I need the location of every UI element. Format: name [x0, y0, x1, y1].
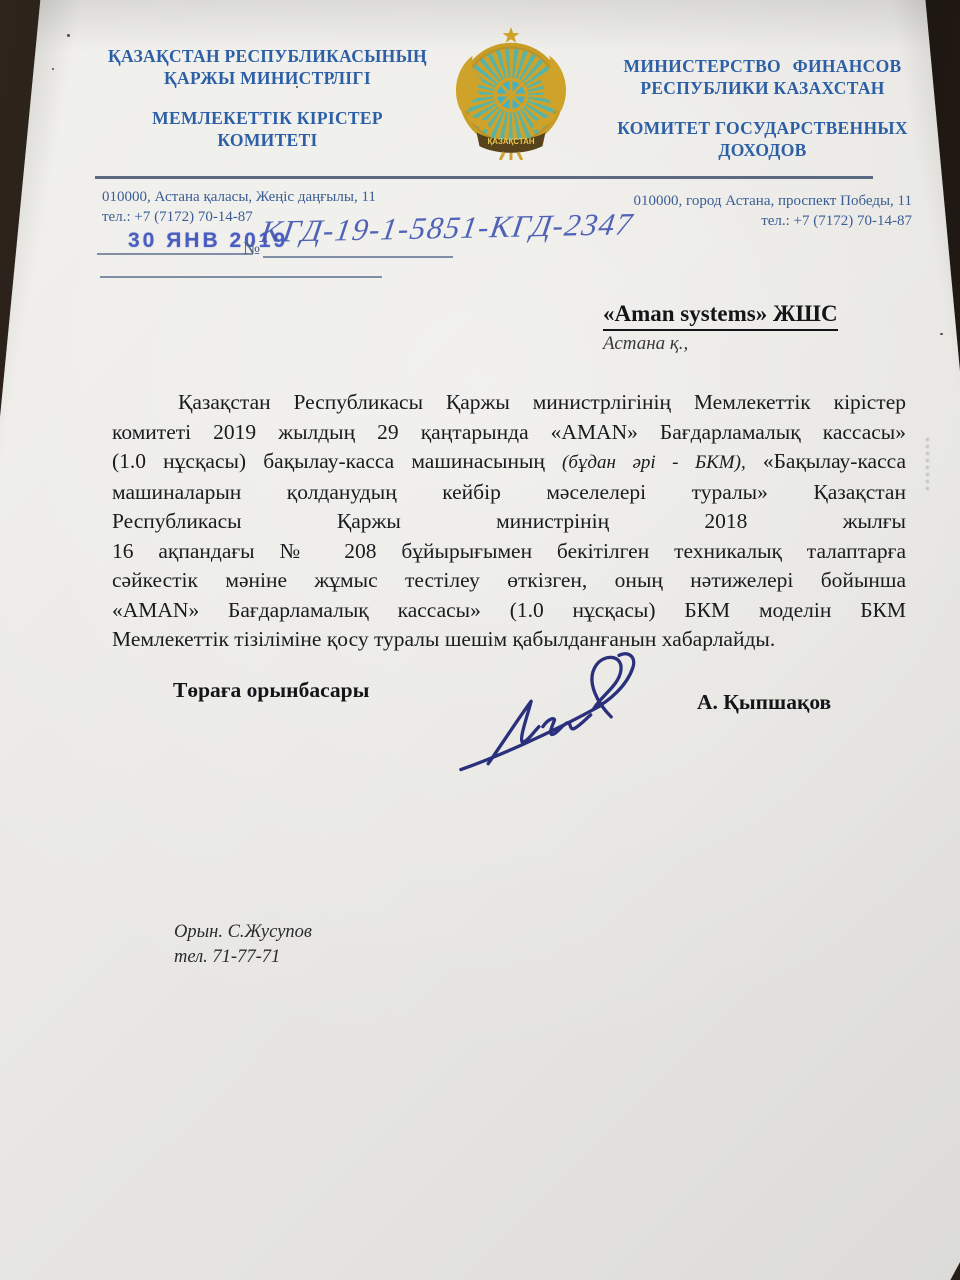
number-underline	[263, 256, 453, 258]
committee-name-ru-line1: КОМИТЕТ ГОСУДАРСТВЕННЫХ	[585, 117, 940, 139]
committee-name-kk-line2: КОМИТЕТІ	[95, 129, 440, 151]
body-line: Республикасы Қаржы министрінің 2018 жылғ…	[112, 507, 906, 537]
letter-document: ҚАЗАҚСТАН РЕСПУБЛИКАСЫНЫҢ ҚАРЖЫ МИНИСТРЛ…	[0, 0, 960, 1280]
faint-edge-marking	[926, 438, 929, 490]
committee-name-kk-line1: МЕМЛЕКЕТТІК КІРІСТЕР	[95, 107, 440, 129]
paper-speck	[67, 34, 70, 37]
body-line: «AMAN» Бағдарламалық кассасы» (1.0 нұсқа…	[112, 596, 906, 626]
addressee-name: «Aman systems» ЖШС	[603, 301, 838, 331]
signer-position: Төраға орынбасары	[173, 678, 369, 703]
body-segment: (1.0 нұсқасы) бақылау-касса машинасының	[112, 449, 562, 473]
body-segment-italic: (бұдан әрі - БКМ),	[562, 452, 746, 473]
signer-name: А. Қыпшақов	[697, 690, 831, 715]
body-line: Қазақстан Республикасы Қаржы министрлігі…	[112, 388, 906, 418]
addressee-city: Астана қ.,	[603, 333, 688, 355]
executor-name: Орын. С.Жусупов	[174, 920, 312, 945]
body-segment: «Бақылау-касса	[746, 449, 906, 473]
coat-of-arms-icon: ҚАЗАҚСТАН	[447, 26, 575, 160]
body-line: 16 ақпандағы № 208 бұйырығымен бекітілге…	[112, 537, 906, 567]
body-segment: Мемлекеттік тізіліміне қосу туралы шешім…	[112, 627, 775, 651]
paper-speck	[52, 68, 54, 70]
date-underline	[97, 253, 253, 255]
ministry-name-ru-line2: РЕСПУБЛИКИ КАЗАХСТАН	[585, 77, 940, 99]
body-segment: машиналарын қолданудың кейбір мәселелері…	[112, 480, 906, 504]
executor-block: Орын. С.Жусупов тел. 71-77-71	[174, 920, 312, 970]
ministry-name-kk-line2: ҚАРЖЫ МИНИСТРЛІГІ	[95, 67, 440, 89]
letterhead-divider	[95, 176, 873, 179]
address-kk: 010000, Астана қаласы, Жеңіс даңғылы, 11	[102, 188, 522, 208]
letterhead-right: МИНИСТЕРСТВО ФИНАНСОВ РЕСПУБЛИКИ КАЗАХСТ…	[585, 55, 940, 161]
body-line: (1.0 нұсқасы) бақылау-касса машинасының …	[112, 447, 906, 478]
body-segment: «AMAN» Бағдарламалық кассасы» (1.0 нұсқа…	[112, 598, 906, 622]
emblem-banner-text: ҚАЗАҚСТАН	[487, 137, 534, 146]
body-segment: сәйкестік мәніне жұмыс тестілеу өткізген…	[112, 568, 906, 592]
ministry-name-kk-line1: ҚАЗАҚСТАН РЕСПУБЛИКАСЫНЫҢ	[95, 45, 440, 67]
executor-phone: тел. 71-77-71	[174, 945, 312, 970]
body-segment: Республикасы Қаржы министрінің 2018 жылғ…	[112, 509, 906, 533]
body-segment: Қазақстан Республикасы Қаржы министрлігі…	[178, 390, 906, 414]
body-line: машиналарын қолданудың кейбір мәселелері…	[112, 478, 906, 508]
signature-ink	[455, 648, 660, 776]
paper-speck	[940, 333, 943, 335]
body-paragraph: Қазақстан Республикасы Қаржы министрлігі…	[112, 388, 906, 655]
second-underline	[100, 276, 382, 278]
letterhead-left: ҚАЗАҚСТАН РЕСПУБЛИКАСЫНЫҢ ҚАРЖЫ МИНИСТРЛ…	[95, 45, 440, 151]
paper-speck	[296, 86, 298, 88]
body-line: комитеті 2019 жылдың 29 қаңтарында «AMAN…	[112, 418, 906, 448]
committee-name-ru-line2: ДОХОДОВ	[585, 139, 940, 161]
body-segment: комитеті 2019 жылдың 29 қаңтарында «AMAN…	[112, 420, 906, 444]
body-line: сәйкестік мәніне жұмыс тестілеу өткізген…	[112, 566, 906, 596]
body-segment: 16 ақпандағы № 208 бұйырығымен бекітілге…	[112, 539, 906, 563]
ministry-name-ru-line1: МИНИСТЕРСТВО ФИНАНСОВ	[585, 55, 940, 77]
